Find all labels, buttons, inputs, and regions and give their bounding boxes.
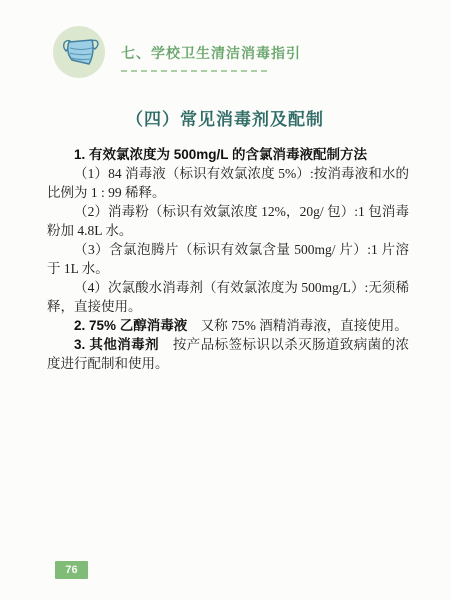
paragraph-text: （2）消毒粉（标识有效氯浓度 12%，20g/ 包）:1 包消毒粉加 4.8L … <box>47 204 409 238</box>
dashed-underline <box>121 70 267 72</box>
paragraph-text: （3）含氯泡腾片（标识有效氯含量 500mg/ 片）:1 片溶于 1L 水。 <box>47 242 409 276</box>
section-title: （四）常见消毒剂及配制 <box>0 105 450 130</box>
chapter-header-text: 七、学校卫生清洁消毒指引 <box>121 33 301 72</box>
paragraph: 2. 75% 乙醇消毒液 又称 75% 酒精消毒液，直接使用。 <box>47 316 409 335</box>
body-text: 1. 有效氯浓度为 500mg/L 的含氯消毒液配制方法 （1）84 消毒液（标… <box>47 145 409 373</box>
paragraph-lead: 3. 其他消毒剂 <box>74 337 159 352</box>
paragraph-lead: 1. 有效氯浓度为 500mg/L 的含氯消毒液配制方法 <box>74 147 367 162</box>
paragraph-text: （4）次氯酸水消毒剂（有效氯浓度为 500mg/L）:无须稀释，直接使用。 <box>47 280 409 314</box>
paragraph: 3. 其他消毒剂 按产品标签标识以杀灭肠道致病菌的浓度进行配制和使用。 <box>47 335 409 373</box>
book-page: 七、学校卫生清洁消毒指引 （四）常见消毒剂及配制 1. 有效氯浓度为 500mg… <box>0 0 450 600</box>
paragraph: （2）消毒粉（标识有效氯浓度 12%，20g/ 包）:1 包消毒粉加 4.8L … <box>47 202 409 240</box>
paragraph-text: （1）84 消毒液（标识有效氯浓度 5%）:按消毒液和水的比例为 1 : 99 … <box>47 166 409 200</box>
paragraph: （3）含氯泡腾片（标识有效氯含量 500mg/ 片）:1 片溶于 1L 水。 <box>47 240 409 278</box>
paragraph-lead: 2. 75% 乙醇消毒液 <box>74 318 187 333</box>
paragraph: 1. 有效氯浓度为 500mg/L 的含氯消毒液配制方法 <box>47 145 409 164</box>
chapter-header: 七、学校卫生清洁消毒指引 <box>52 25 301 79</box>
face-mask-icon <box>52 25 106 79</box>
paragraph: （1）84 消毒液（标识有效氯浓度 5%）:按消毒液和水的比例为 1 : 99 … <box>47 164 409 202</box>
paragraph: （4）次氯酸水消毒剂（有效氯浓度为 500mg/L）:无须稀释，直接使用。 <box>47 278 409 316</box>
chapter-title: 七、学校卫生清洁消毒指引 <box>121 43 301 63</box>
paragraph-text: 又称 75% 酒精消毒液，直接使用。 <box>187 318 408 333</box>
page-number-badge: 76 <box>55 561 88 579</box>
